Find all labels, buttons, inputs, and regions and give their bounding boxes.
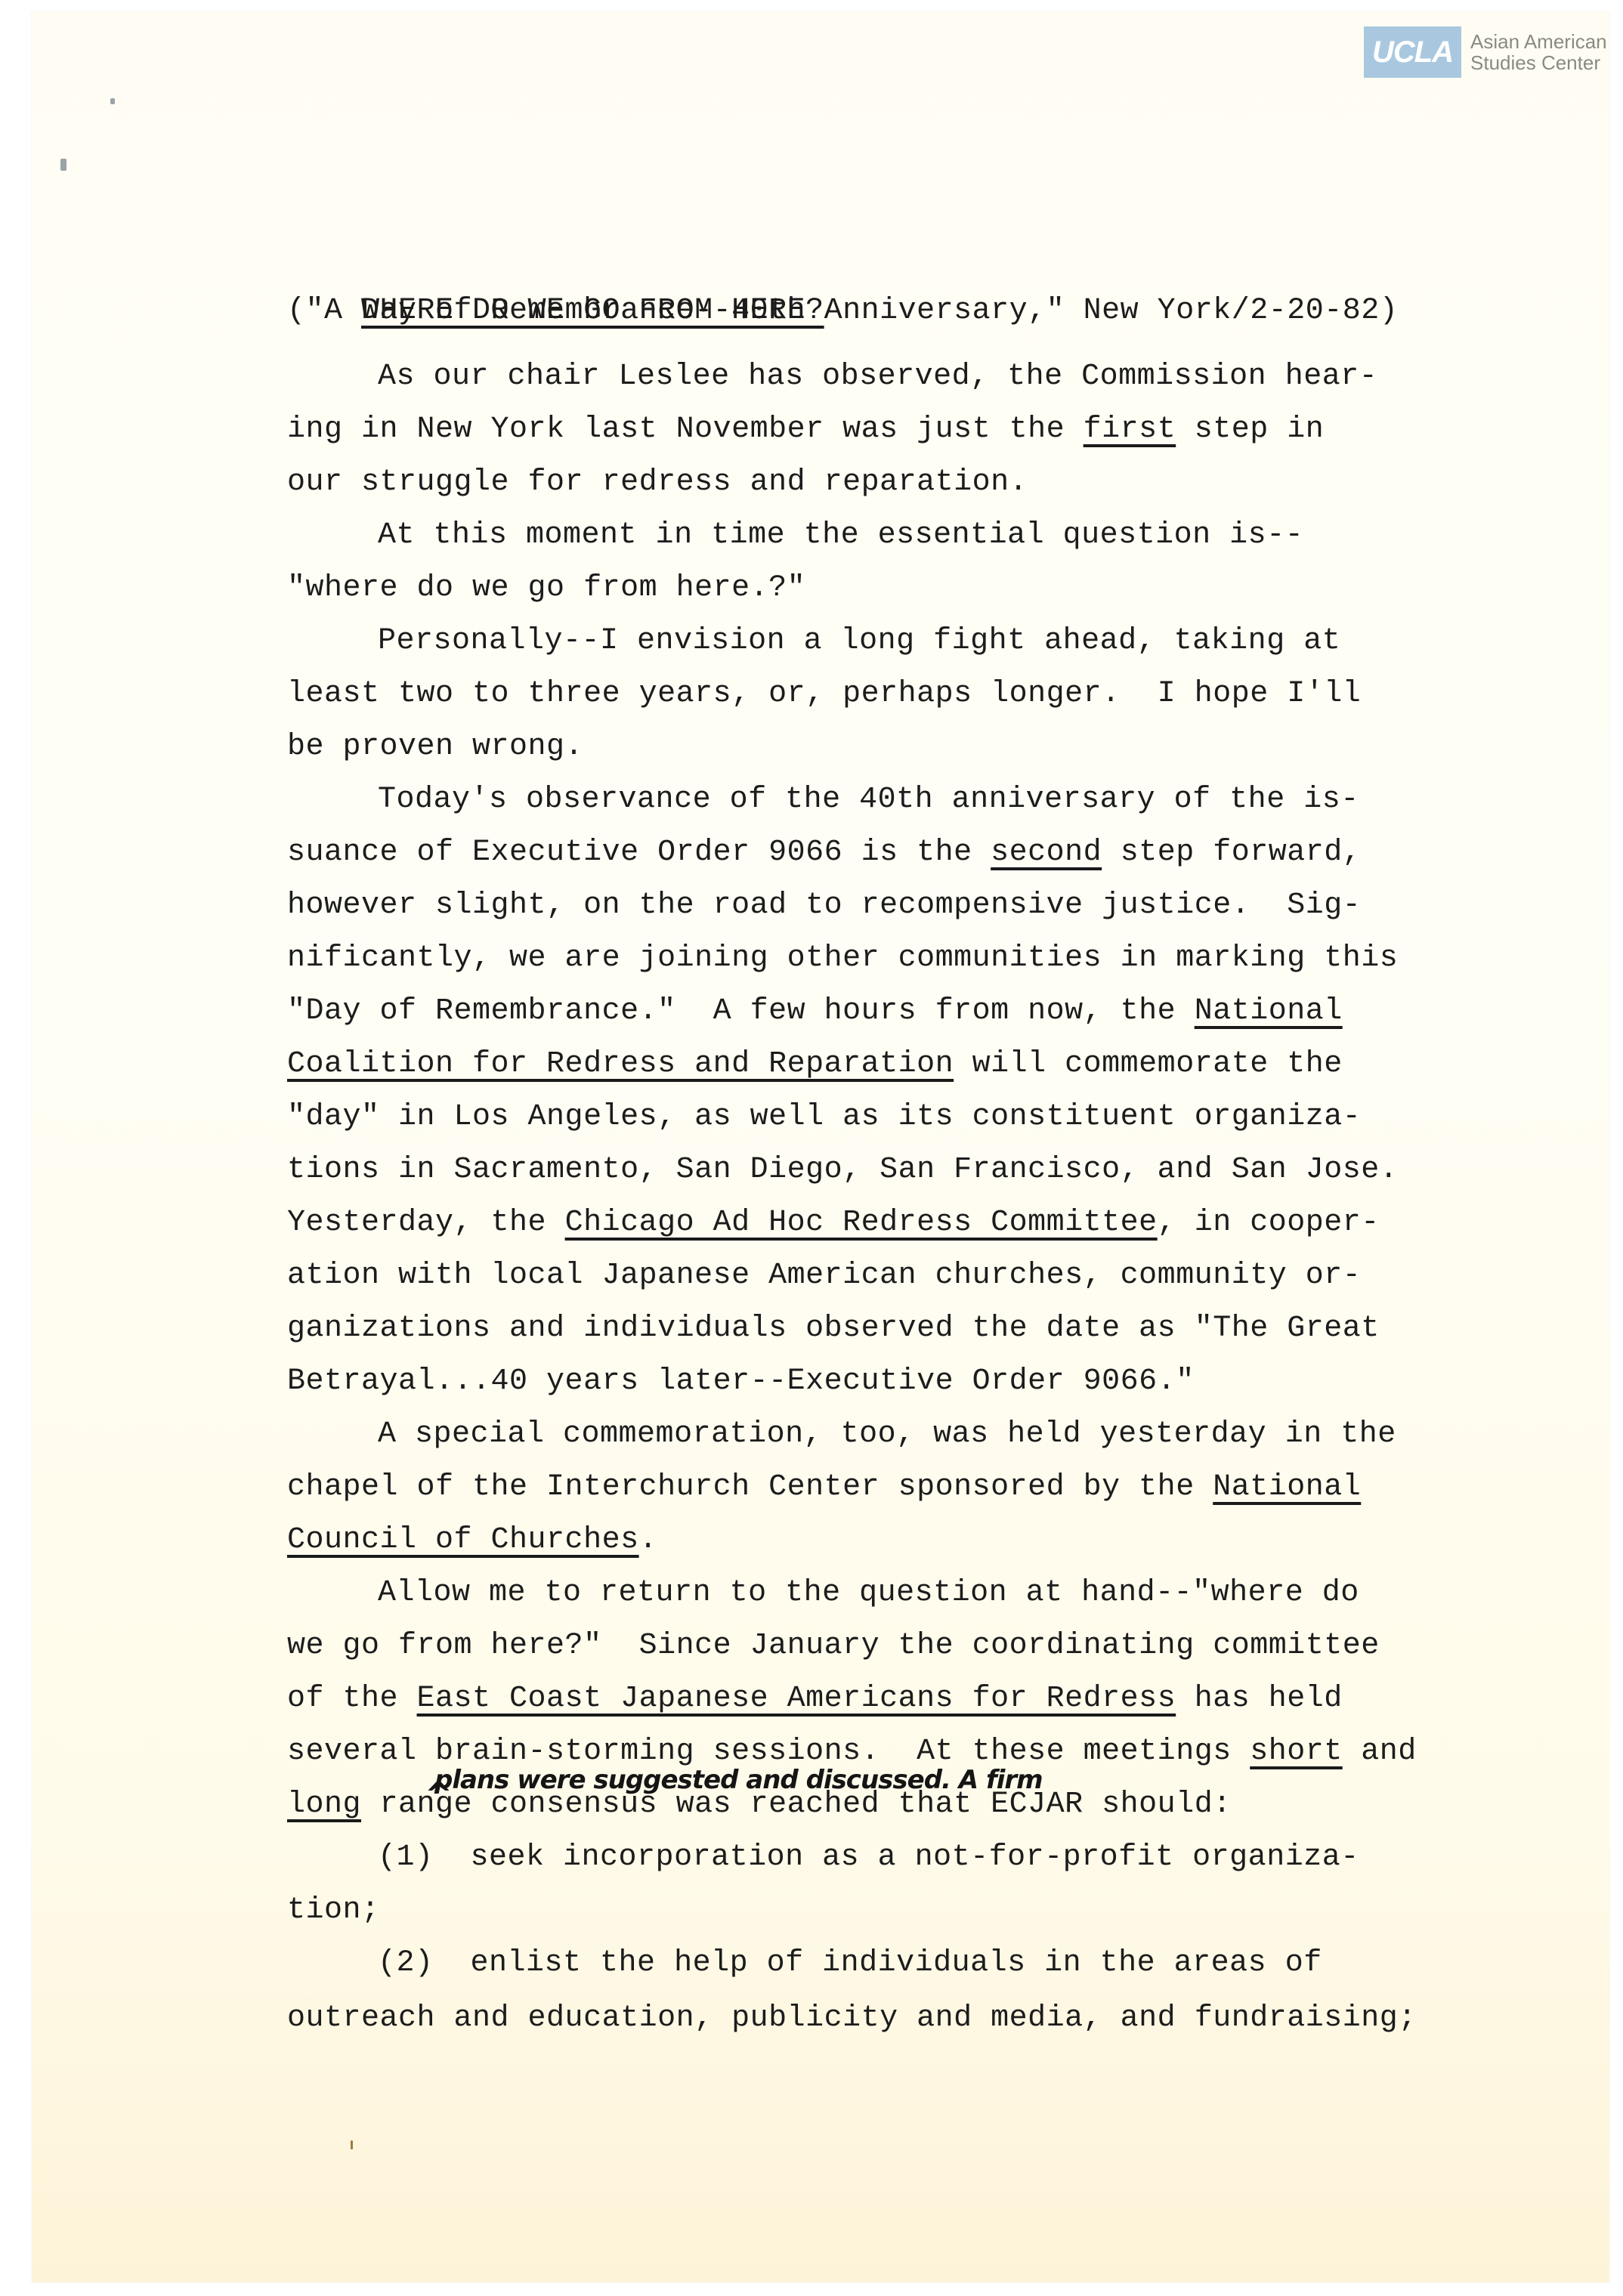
ucla-aasc-logo: UCLA Asian American Studies Center <box>1364 26 1607 78</box>
logo-line-1: Asian American <box>1470 31 1607 52</box>
text-line: Betrayal...40 years later--Executive Ord… <box>287 1364 1195 1400</box>
paper-blemish <box>351 2140 353 2149</box>
logo-text: Asian American Studies Center <box>1470 31 1607 73</box>
text-line: Today's observance of the 40th anniversa… <box>287 782 1359 818</box>
list-item-2: (2) enlist the help of individuals in th… <box>287 1945 1322 1982</box>
text-line: "day" in Los Angeles, as well as its con… <box>287 1099 1361 1136</box>
logo-line-2: Studies Center <box>1470 52 1607 73</box>
text-line: however slight, on the road to recompens… <box>287 888 1361 924</box>
text-line: Personally--I envision a long fight ahea… <box>287 623 1340 660</box>
text-line: "Day of Remembrance." A few hours from n… <box>287 993 1343 1030</box>
text-line: At this moment in time the essential que… <box>287 518 1303 554</box>
text-line: chapel of the Interchurch Center sponsor… <box>287 1469 1361 1506</box>
text-line: A special commemoration, too, was held y… <box>287 1417 1396 1453</box>
paper-blemish <box>60 159 66 171</box>
text-line: least two to three years, or, perhaps lo… <box>287 676 1361 712</box>
text-line: "where do we go from here.?" <box>287 570 805 607</box>
text-line: we go from here?" Since January the coor… <box>287 1628 1380 1664</box>
text-line: Yesterday, the Chicago Ad Hoc Redress Co… <box>287 1205 1380 1241</box>
text-line: As our chair Leslee has observed, the Co… <box>287 359 1377 395</box>
text-line: ganizations and individuals observed the… <box>287 1311 1380 1347</box>
paper-blemish <box>110 98 115 104</box>
ucla-logo-mark: UCLA <box>1364 26 1461 78</box>
text-line: of the East Coast Japanese Americans for… <box>287 1681 1343 1717</box>
text-line: suance of Executive Order 9066 is the se… <box>287 835 1361 871</box>
list-item-1: (1) seek incorporation as a not-for-prof… <box>287 1840 1359 1876</box>
text-line: long range consensus was reached that EC… <box>287 1787 1232 1823</box>
text-line: Coalition for Redress and Reparation wil… <box>287 1046 1343 1083</box>
text-line: Council of Churches. <box>287 1522 657 1559</box>
text-line: ation with local Japanese American churc… <box>287 1258 1361 1294</box>
text-line: tion; <box>287 1893 380 1929</box>
text-line: outreach and education, publicity and me… <box>287 2001 1417 2037</box>
text-line: be proven wrong. <box>287 729 583 765</box>
text-line: our struggle for redress and reparation. <box>287 465 1028 501</box>
document-subtitle: ("A Day of Remembrance--40th Anniversary… <box>287 293 1398 329</box>
text-line: ing in New York last November was just t… <box>287 412 1324 448</box>
text-line: nificantly, we are joining other communi… <box>287 941 1398 977</box>
text-line: tions in Sacramento, San Diego, San Fran… <box>287 1152 1398 1188</box>
text-line: Allow me to return to the question at ha… <box>287 1575 1359 1612</box>
